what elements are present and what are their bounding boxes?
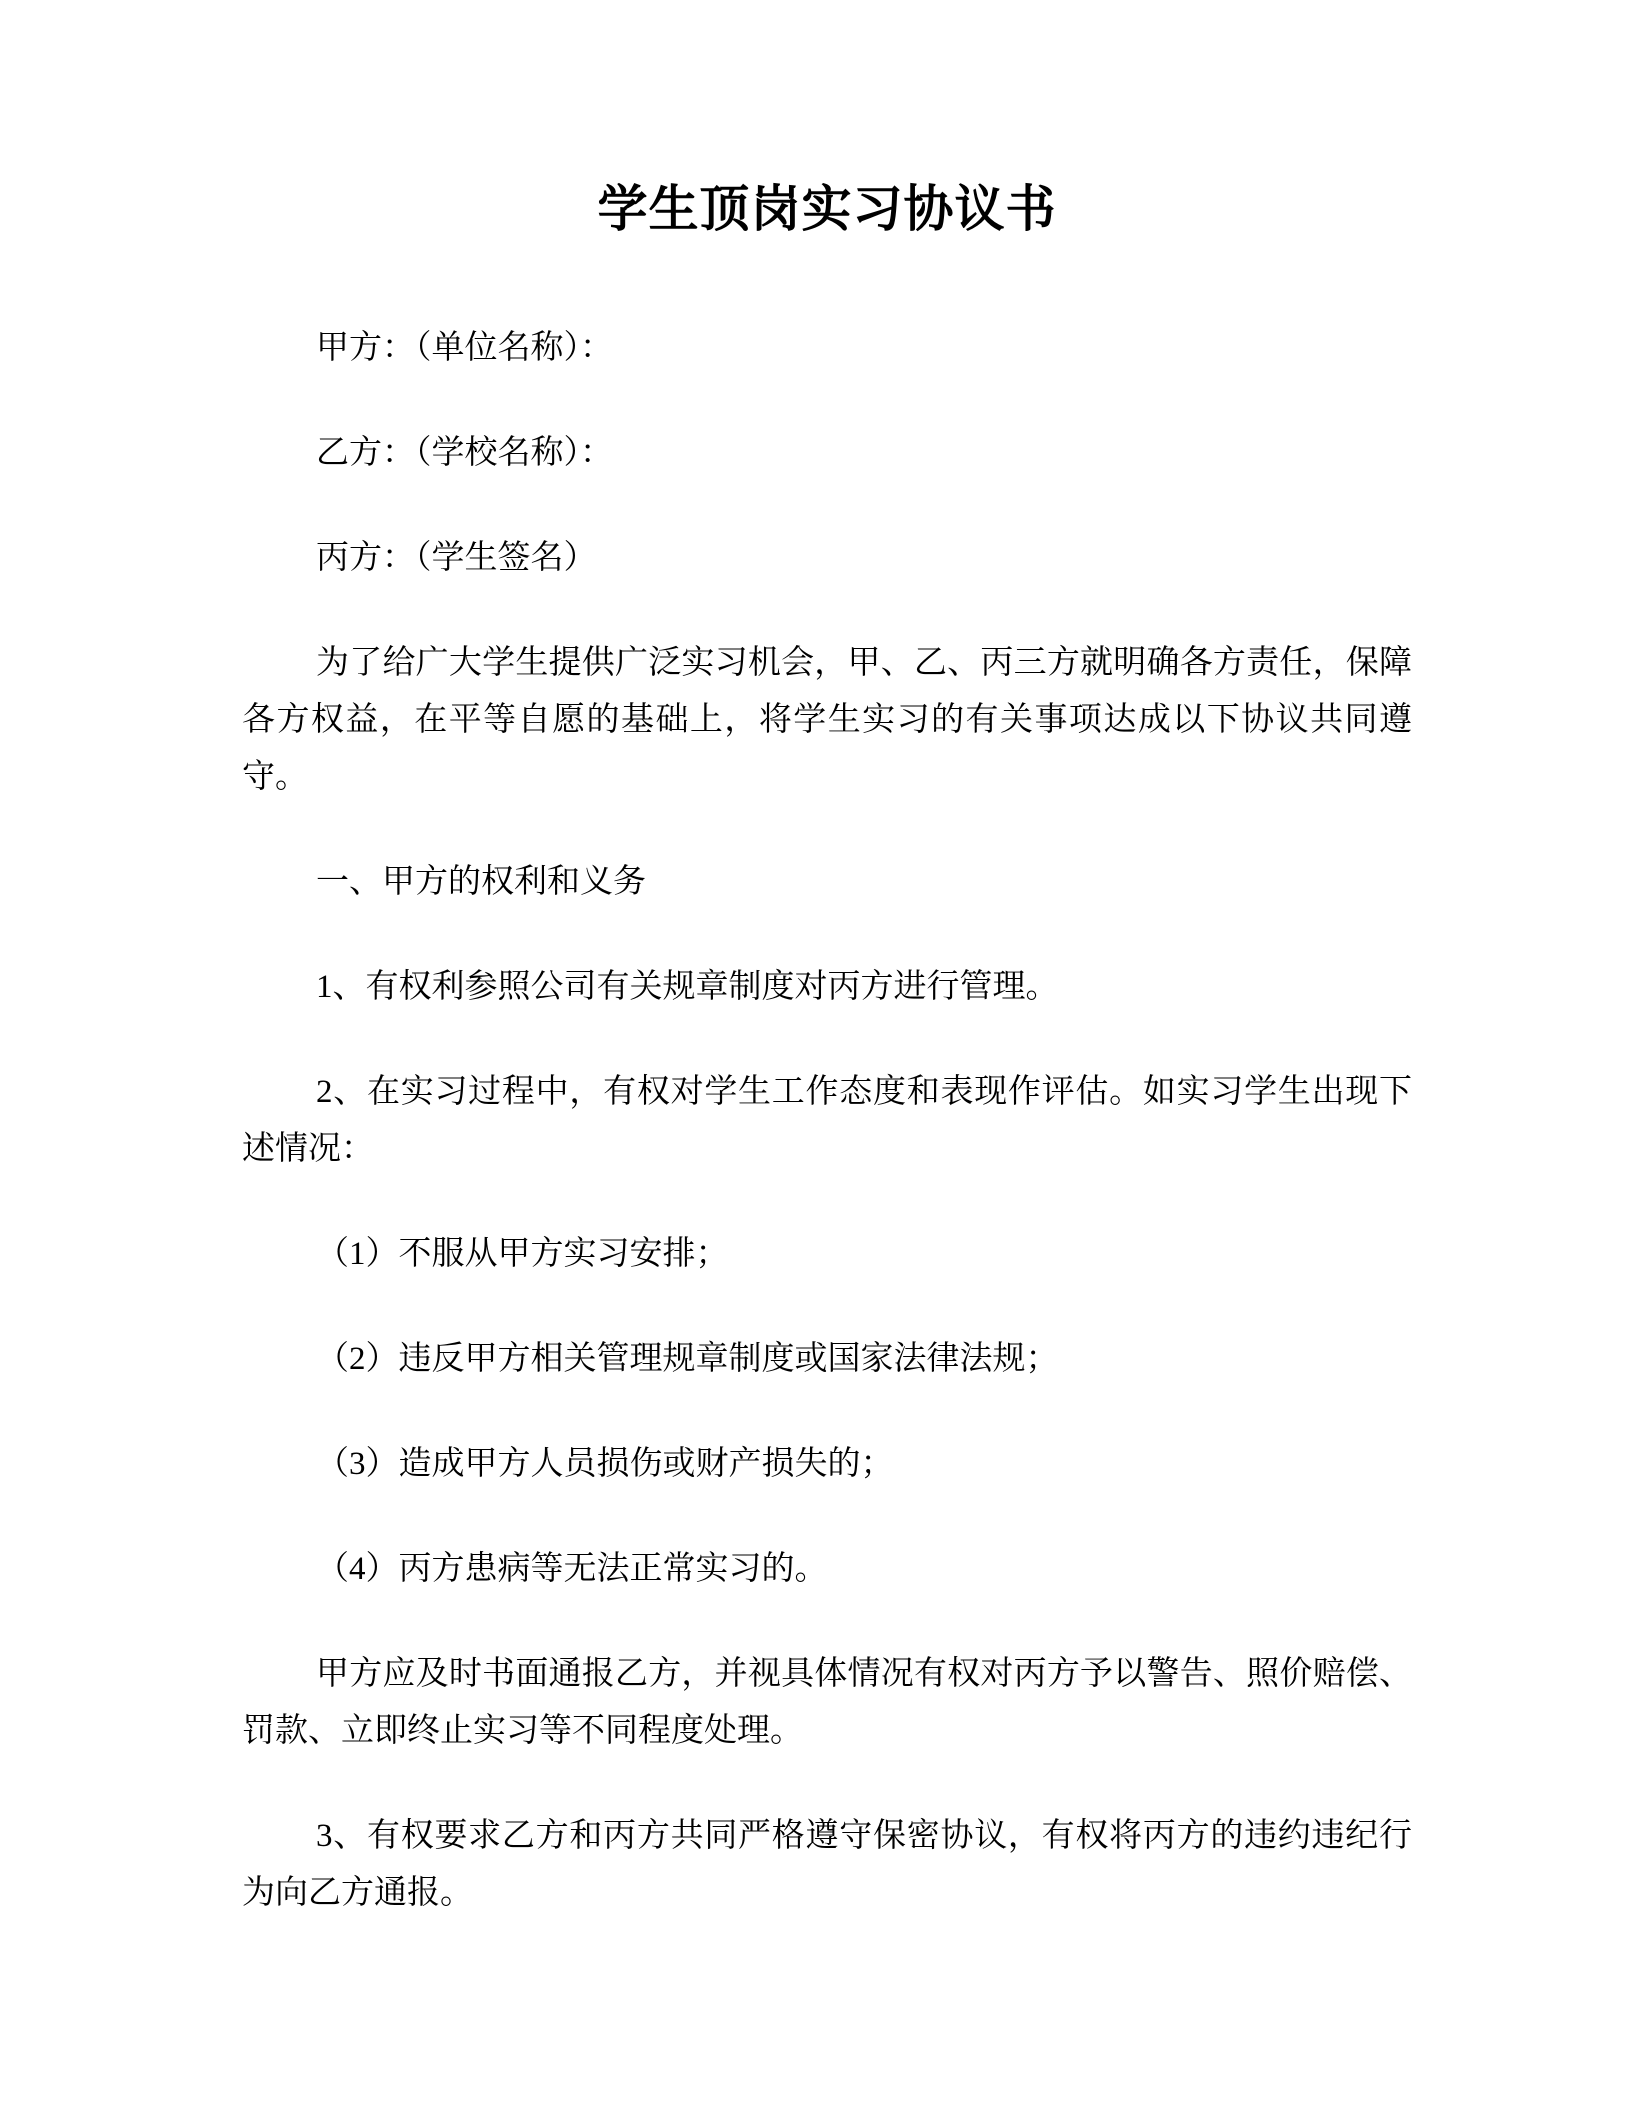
section-1-clause-3: 3、有权要求乙方和丙方共同严格遵守保密协议，有权将丙方的违约违纪行为向乙方通报。 xyxy=(242,1808,1412,1922)
clause-2-item-1: （1）不服从甲方实习安排； xyxy=(242,1226,1412,1283)
party-a-line: 甲方：（单位名称）： xyxy=(242,320,1412,377)
document-title: 学生顶岗实习协议书 xyxy=(242,178,1412,240)
clause-2-item-4: （4）丙方患病等无法正常实习的。 xyxy=(242,1541,1412,1598)
party-c-line: 丙方：（学生签名） xyxy=(242,530,1412,587)
clause-2-consequence-paragraph: 甲方应及时书面通报乙方，并视具体情况有权对丙方予以警告、照价赔偿、罚款、立即终止… xyxy=(242,1646,1412,1760)
document-page: 学生顶岗实习协议书 甲方：（单位名称）： 乙方：（学校名称）： 丙方：（学生签名… xyxy=(0,0,1632,2112)
section-1-heading: 一、甲方的权利和义务 xyxy=(242,854,1412,911)
clause-2-item-2: （2）违反甲方相关管理规章制度或国家法律法规； xyxy=(242,1331,1412,1388)
preamble-paragraph: 为了给广大学生提供广泛实习机会，甲、乙、丙三方就明确各方责任，保障各方权益，在平… xyxy=(242,635,1412,806)
party-b-line: 乙方：（学校名称）： xyxy=(242,425,1412,482)
clause-2-item-3: （3）造成甲方人员损伤或财产损失的； xyxy=(242,1436,1412,1493)
section-1-clause-2: 2、在实习过程中，有权对学生工作态度和表现作评估。如实习学生出现下述情况： xyxy=(242,1064,1412,1178)
section-1-clause-1: 1、有权利参照公司有关规章制度对丙方进行管理。 xyxy=(242,959,1412,1016)
